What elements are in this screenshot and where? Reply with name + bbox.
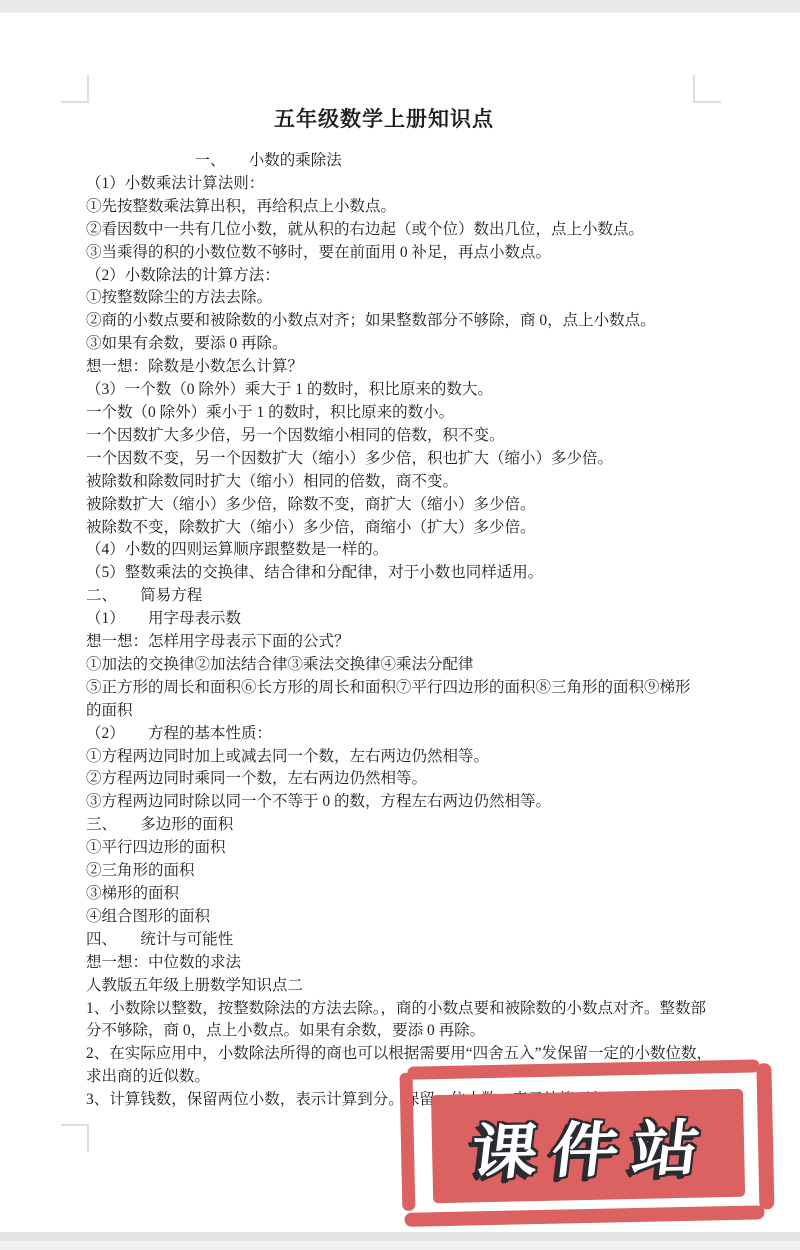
text-line: 四、 统计与可能性 xyxy=(86,929,726,952)
text-line: 一、 小数的乘除法 xyxy=(86,150,726,173)
text-line: ②方程两边同时乘同一个数，左右两边仍然相等。 xyxy=(86,768,726,791)
text-line: ①加法的交换律②加法结合律③乘法交换律④乘法分配律 xyxy=(86,654,726,677)
text-line: （4）小数的四则运算顺序跟整数是一样的。 xyxy=(86,539,726,562)
text-line: ①先按整数乘法算出积，再给积点上小数点。 xyxy=(86,196,726,219)
kejianzhan-stamp-watermark: 课件站 xyxy=(399,1059,774,1227)
text-line: 想一想：中位数的求法 xyxy=(86,952,726,975)
text-line: ③当乘得的积的小数位数不够时，要在前面用 0 补足，再点小数点。 xyxy=(86,242,726,265)
text-line: 三、 多边形的面积 xyxy=(86,814,726,837)
text-line: ③梯形的面积 xyxy=(86,883,726,906)
text-line: ①平行四边形的面积 xyxy=(86,837,726,860)
text-line: （1）小数乘法计算法则： xyxy=(86,173,726,196)
document-title: 五年级数学上册知识点 xyxy=(86,104,726,134)
text-line: （1） 用字母表示数 xyxy=(86,608,726,631)
text-line: （2）小数除法的计算方法： xyxy=(86,265,726,288)
text-line: ①方程两边同时加上或减去同一个数，左右两边仍然相等。 xyxy=(86,746,726,769)
text-line: ②商的小数点要和被除数的小数点对齐；如果整数部分不够除，商 0，点上小数点。 xyxy=(86,310,726,333)
text-line: ③方程两边同时除以同一个不等于 0 的数，方程左右两边仍然相等。 xyxy=(86,791,726,814)
text-line: ②看因数中一共有几位小数，就从积的右边起（或个位）数出几位，点上小数点。 xyxy=(86,219,726,242)
text-line: ③如果有余数，要添 0 再除。 xyxy=(86,333,726,356)
page-top-gutter xyxy=(0,0,800,13)
text-line: 想一想：除数是小数怎么计算？ xyxy=(86,356,726,379)
text-line: 一个因数不变，另一个因数扩大（缩小）多少倍，积也扩大（缩小）多少倍。 xyxy=(86,448,726,471)
text-line: 1、小数除以整数，按整数除法的方法去除。，商的小数点要和被除数的小数点对齐。整数… xyxy=(86,998,726,1021)
text-line: ②三角形的面积 xyxy=(86,860,726,883)
text-line: 人教版五年级上册数学知识点二 xyxy=(86,975,726,998)
margin-corner-mark-top-right xyxy=(693,75,721,103)
text-line: 二、 简易方程 xyxy=(86,585,726,608)
text-line: ①按整数除尘的方法去除。 xyxy=(86,287,726,310)
text-line: （5）整数乘法的交换律、结合律和分配律，对于小数也同样适用。 xyxy=(86,562,726,585)
text-line: 被除数扩大（缩小）多少倍，除数不变，商扩大（缩小）多少倍。 xyxy=(86,494,726,517)
margin-corner-mark-bottom-left xyxy=(61,1124,89,1152)
page-bottom-gutter xyxy=(0,1232,800,1250)
text-line: ⑤正方形的周长和面积⑥长方形的周长和面积⑦平行四边形的面积⑧三角形的面积⑨梯形 xyxy=(86,677,726,700)
text-line: 被除数和除数同时扩大（缩小）相同的倍数，商不变。 xyxy=(86,471,726,494)
document-page: 五年级数学上册知识点 一、 小数的乘除法（1）小数乘法计算法则：①先按整数乘法算… xyxy=(0,0,800,1250)
text-line: ④组合图形的面积 xyxy=(86,906,726,929)
text-line: 一个因数扩大多少倍，另一个因数缩小相同的倍数，积不变。 xyxy=(86,425,726,448)
document-text: 一、 小数的乘除法（1）小数乘法计算法则：①先按整数乘法算出积，再给积点上小数点… xyxy=(86,150,726,1112)
text-line: 分不够除，商 0，点上小数点。如果有余数，要添 0 再除。 xyxy=(86,1020,726,1043)
margin-corner-mark-top-left xyxy=(61,75,89,103)
document-body: 五年级数学上册知识点 一、 小数的乘除法（1）小数乘法计算法则：①先按整数乘法算… xyxy=(86,104,726,1112)
stamp-frame-bottom xyxy=(404,1205,764,1227)
stamp-text: 课件站 xyxy=(407,1088,769,1204)
text-line: 一个数（0 除外）乘小于 1 的数时，积比原来的数小。 xyxy=(86,402,726,425)
text-line: （3）一个数（0 除外）乘大于 1 的数时，积比原来的数大。 xyxy=(86,379,726,402)
text-line: 的面积 xyxy=(86,700,726,723)
text-line: 被除数不变，除数扩大（缩小）多少倍，商缩小（扩大）多少倍。 xyxy=(86,517,726,540)
text-line: （2） 方程的基本性质： xyxy=(86,723,726,746)
text-line: 想一想：怎样用字母表示下面的公式？ xyxy=(86,631,726,654)
